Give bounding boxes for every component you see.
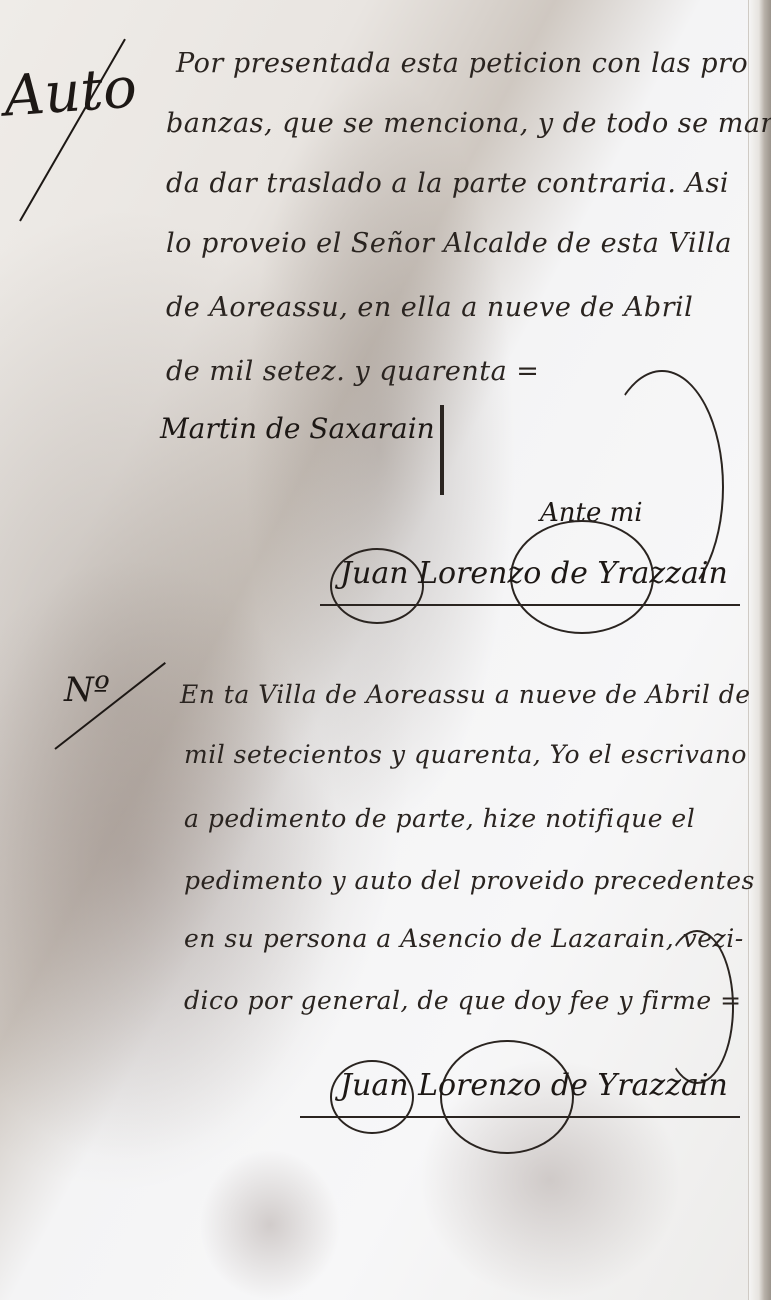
text-line: da dar traslado a la parte contraria. As… bbox=[166, 168, 729, 199]
text-line: Por presentada esta peticion con las pro bbox=[176, 48, 748, 79]
rubric-flourish bbox=[440, 405, 444, 495]
text-line: En ta Villa de Aoreassu a nueve de Abril… bbox=[180, 680, 751, 709]
text-line: en su persona a Asencio de Lazarain, vez… bbox=[184, 924, 744, 953]
signature-underline bbox=[320, 604, 740, 606]
signature-escribano-2: Juan Lorenzo de Yrazzain bbox=[340, 1068, 728, 1103]
text-line: a pedimento de parte, hize notifique el bbox=[184, 804, 695, 833]
text-line: de mil setez. y quarenta = bbox=[166, 356, 539, 387]
text-line: mil setecientos y quarenta, Yo el escriv… bbox=[184, 740, 747, 769]
signature-escribano-1: Juan Lorenzo de Yrazzain bbox=[340, 556, 728, 591]
text-line: banzas, que se menciona, y de todo se ma… bbox=[166, 108, 771, 139]
water-stain bbox=[200, 1150, 340, 1300]
water-stain bbox=[0, 560, 340, 1160]
margin-label-notificacion: Nº bbox=[64, 670, 110, 710]
signature-flourish bbox=[660, 930, 734, 1084]
signature-underline bbox=[300, 1116, 740, 1118]
text-line: pedimento y auto del proveido precedente… bbox=[184, 866, 755, 895]
text-line: de Aoreassu, en ella a nueve de Abril bbox=[166, 292, 693, 323]
page-edge bbox=[748, 0, 771, 1300]
text-line: dico por general, de que doy fee y firme… bbox=[184, 986, 742, 1015]
signature-martin: Martin de Saxarain bbox=[160, 412, 435, 445]
text-line: lo proveio el Señor Alcalde de esta Vill… bbox=[166, 228, 732, 259]
manuscript-page: Auto Por presentada esta peticion con la… bbox=[0, 0, 771, 1300]
margin-label-auto: Auto bbox=[2, 55, 139, 129]
